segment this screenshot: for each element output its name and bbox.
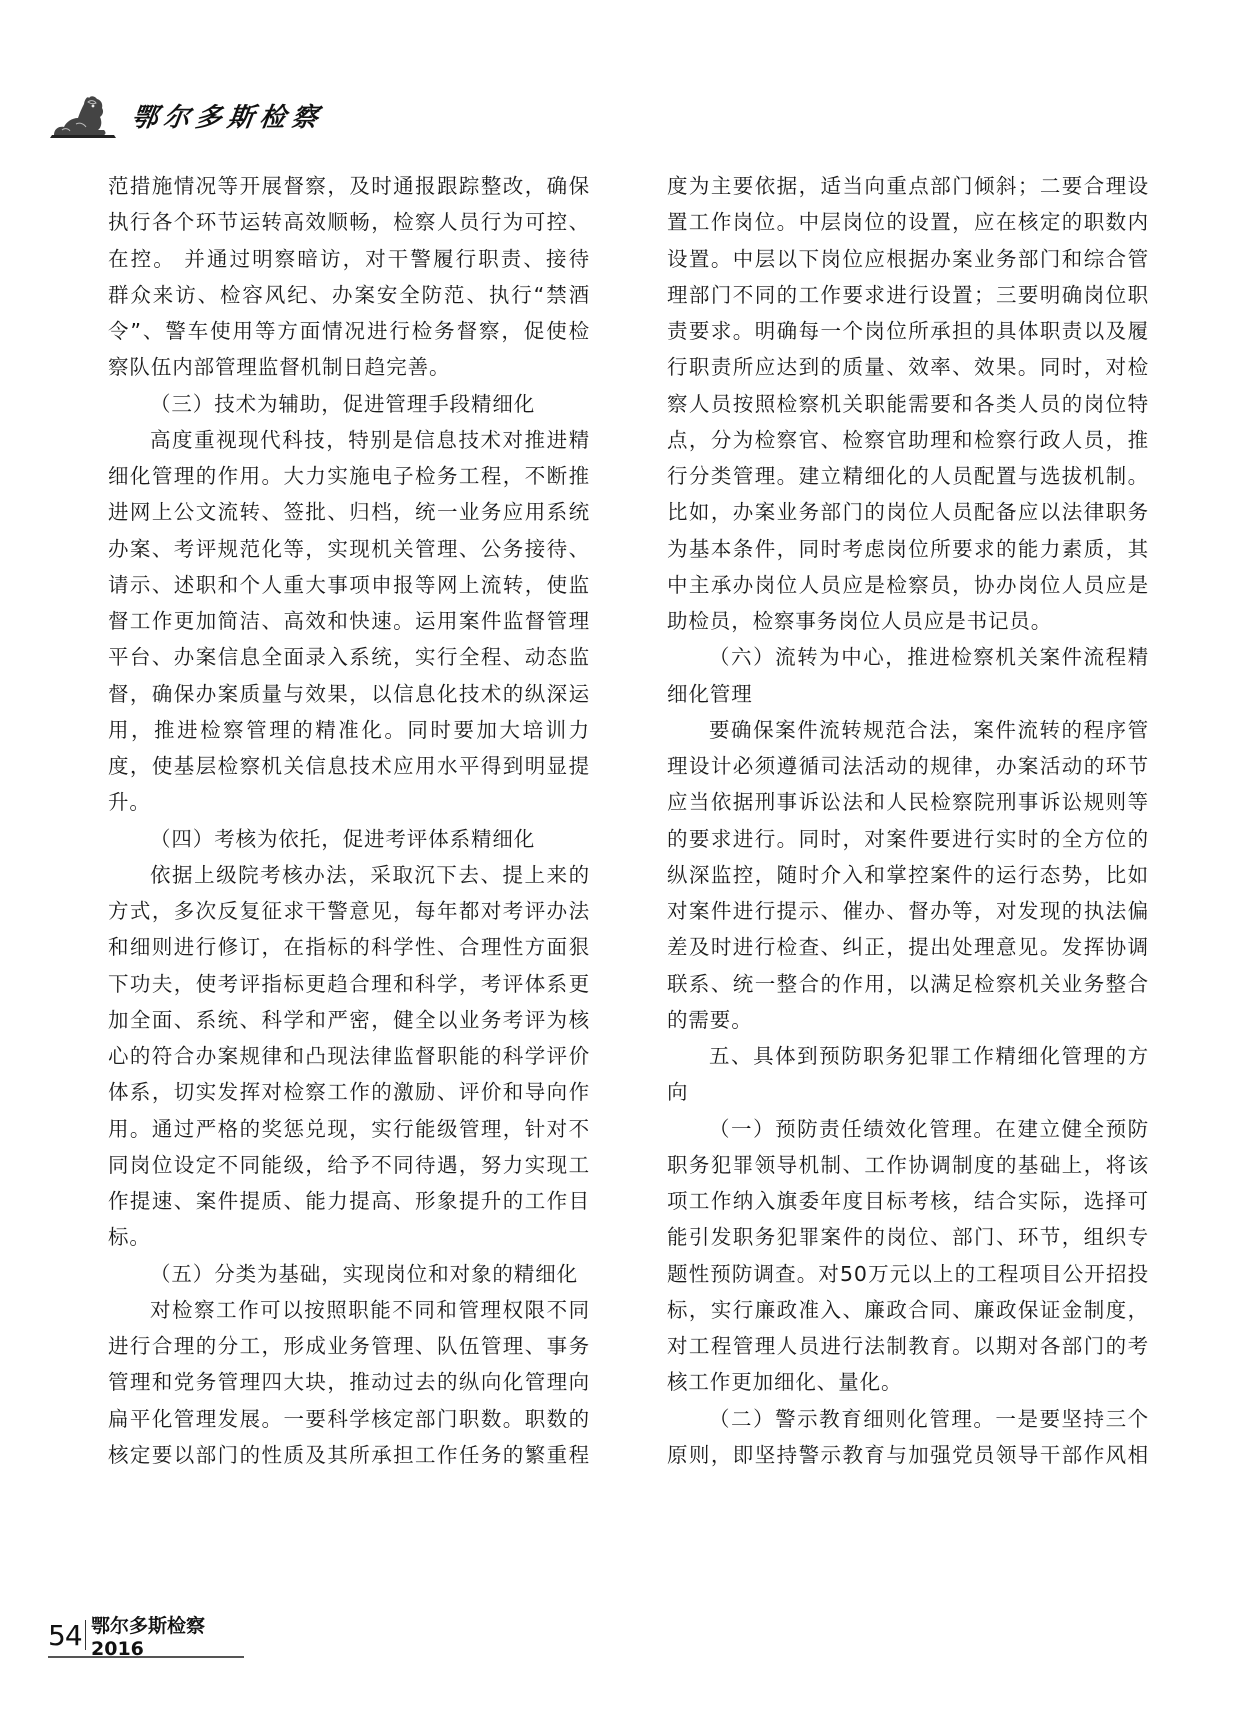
text-line: 对案件进行提示、催办、督办等，对发现的执法偏 <box>667 893 1149 929</box>
text-line: 为基本条件，同时考虑岗位所要求的能力素质，其 <box>667 531 1149 567</box>
text-line: 进网上公文流转、签批、归档，统一业务应用系统 <box>108 494 590 530</box>
text-line: 核定要以部门的性质及其所承担工作任务的繁重程 <box>108 1437 590 1473</box>
text-line: 心的符合办案规律和凸现法律监督职能的科学评价 <box>108 1038 590 1074</box>
text-line: 和细则进行修订，在指标的科学性、合理性方面狠 <box>108 929 590 965</box>
text-line: 点，分为检察官、检察官助理和检察行政人员，推 <box>667 422 1149 458</box>
text-line: （二）警示教育细则化管理。一是要坚持三个 <box>667 1401 1149 1437</box>
text-line: 联系、统一整合的作用，以满足检察机关业务整合 <box>667 966 1149 1002</box>
text-line: 原则，即坚持警示教育与加强党员领导干部作风相 <box>667 1437 1149 1473</box>
text-line: 督，确保办案质量与效果，以信息化技术的纵深运 <box>108 676 590 712</box>
section-heading-line: （六）流转为中心，推进检察机关案件流程精 <box>667 639 1149 675</box>
right-column: 度为主要依据，适当向重点部门倾斜；二要合理设置工作岗位。中层岗位的设置，应在核定… <box>667 168 1149 1473</box>
journal-name-calligraphy: 鄂尔多斯检察 <box>129 97 326 134</box>
text-line: 请示、述职和个人重大事项申报等网上流转，使监 <box>108 567 590 603</box>
text-line: 向 <box>667 1074 1149 1110</box>
text-line: 职务犯罪领导机制、工作协调制度的基础上，将该 <box>667 1147 1149 1183</box>
text-line: 理部门不同的工作要求进行设置；三要明确岗位职 <box>667 277 1149 313</box>
text-line: 项工作纳入旗委年度目标考核，结合实际，选择可 <box>667 1183 1149 1219</box>
text-line: 助检员，检察事务岗位人员应是书记员。 <box>667 603 1149 639</box>
page-footer: 54 鄂尔多斯检察2016 <box>48 1615 244 1658</box>
text-line: 群众来访、检容风纪、办案安全防范、执行“禁酒 <box>108 277 590 313</box>
text-line: 依据上级院考核办法，采取沉下去、提上来的 <box>108 857 590 893</box>
text-line: 标，实行廉政准入、廉政合同、廉政保证金制度， <box>667 1292 1149 1328</box>
text-line: 体系，切实发挥对检察工作的激励、评价和导向作 <box>108 1074 590 1110</box>
text-line: 范措施情况等开展督察，及时通报跟踪整改，确保 <box>108 168 590 204</box>
text-line: 要确保案件流转规范合法，案件流转的程序管 <box>667 712 1149 748</box>
text-line: 置工作岗位。中层岗位的设置，应在核定的职数内 <box>667 204 1149 240</box>
text-line: 中主承办岗位人员应是检察员，协办岗位人员应是 <box>667 567 1149 603</box>
text-line: 题性预防调查。对50万元以上的工程项目公开招投 <box>667 1256 1149 1292</box>
text-line: 同岗位设定不同能级，给予不同待遇，努力实现工 <box>108 1147 590 1183</box>
text-line: 扁平化管理发展。一要科学核定部门职数。职数的 <box>108 1401 590 1437</box>
text-line: 令”、警车使用等方面情况进行检务督察，促使检 <box>108 313 590 349</box>
section-heading-line: （三）技术为辅助，促进管理手段精细化 <box>108 386 590 422</box>
text-line: 用。通过严格的奖惩兑现，实行能级管理，针对不 <box>108 1111 590 1147</box>
text-line: 的要求进行。同时，对案件要进行实时的全方位的 <box>667 821 1149 857</box>
text-line: 察队伍内部管理监督机制日趋完善。 <box>108 349 590 385</box>
text-line: 核工作更加细化、量化。 <box>667 1364 1149 1400</box>
text-line: 升。 <box>108 784 590 820</box>
text-line: 责要求。明确每一个岗位所承担的具体职责以及履 <box>667 313 1149 349</box>
text-line: 细化管理 <box>667 676 1149 712</box>
text-line: 行职责所应达到的质量、效率、效果。同时，对检 <box>667 349 1149 385</box>
text-line: 标。 <box>108 1219 590 1255</box>
text-line: 行分类管理。建立精细化的人员配置与选拔机制。 <box>667 458 1149 494</box>
text-line: 高度重视现代科技，特别是信息技术对推进精 <box>108 422 590 458</box>
section-heading-line: （五）分类为基础，实现岗位和对象的精细化 <box>108 1256 590 1292</box>
text-line: （一）预防责任绩效化管理。在建立健全预防 <box>667 1111 1149 1147</box>
text-line: 的需要。 <box>667 1002 1149 1038</box>
text-line: 设置。中层以下岗位应根据办案业务部门和综合管 <box>667 241 1149 277</box>
text-line: 加全面、系统、科学和严密，健全以业务考评为核 <box>108 1002 590 1038</box>
text-line: 比如，办案业务部门的岗位人员配备应以法律职务 <box>667 494 1149 530</box>
text-line: 应当依据刑事诉讼法和人民检察院刑事诉讼规则等 <box>667 784 1149 820</box>
text-line: 进行合理的分工，形成业务管理、队伍管理、事务 <box>108 1328 590 1364</box>
text-line: 下功夫，使考评指标更趋合理和科学，考评体系更 <box>108 966 590 1002</box>
text-line: 执行各个环节运转高效顺畅，检察人员行为可控、 <box>108 204 590 240</box>
left-column: 范措施情况等开展督察，及时通报跟踪整改，确保执行各个环节运转高效顺畅，检察人员行… <box>108 168 590 1473</box>
text-line: 差及时进行检查、纠正，提出处理意见。发挥协调 <box>667 929 1149 965</box>
text-line: 对检察工作可以按照职能不同和管理权限不同 <box>108 1292 590 1328</box>
text-line: 细化管理的作用。大力实施电子检务工程，不断推 <box>108 458 590 494</box>
text-line: 管理和党务管理四大块，推动过去的纵向化管理向 <box>108 1364 590 1400</box>
text-line: 度为主要依据，适当向重点部门倾斜；二要合理设 <box>667 168 1149 204</box>
text-line: 五、具体到预防职务犯罪工作精细化管理的方 <box>667 1038 1149 1074</box>
text-line: 方式，多次反复征求干警意见，每年都对考评办法 <box>108 893 590 929</box>
page-number: 54 <box>48 1619 82 1652</box>
text-line: 平台、办案信息全面录入系统，实行全程、动态监 <box>108 639 590 675</box>
qilin-statue-icon <box>48 94 118 140</box>
section-heading-line: （四）考核为依托，促进考评体系精细化 <box>108 821 590 857</box>
footer-divider <box>85 1620 86 1650</box>
journal-header: 鄂尔多斯检察 <box>48 90 324 140</box>
text-line: 能引发职务犯罪案件的岗位、部门、环节，组织专 <box>667 1219 1149 1255</box>
text-line: 对工程管理人员进行法制教育。以期对各部门的考 <box>667 1328 1149 1364</box>
text-line: 在控。 并通过明察暗访，对干警履行职责、接待 <box>108 241 590 277</box>
text-line: 察人员按照检察机关职能需要和各类人员的岗位特 <box>667 386 1149 422</box>
text-line: 用，推进检察管理的精准化。同时要加大培训力 <box>108 712 590 748</box>
footer-journal-title: 鄂尔多斯检察2016 <box>91 1611 244 1660</box>
text-line: 督工作更加简洁、高效和快速。运用案件监督管理 <box>108 603 590 639</box>
text-line: 纵深监控，随时介入和掌控案件的运行态势，比如 <box>667 857 1149 893</box>
text-line: 作提速、案件提质、能力提高、形象提升的工作目 <box>108 1183 590 1219</box>
text-line: 理设计必须遵循司法活动的规律，办案活动的环节 <box>667 748 1149 784</box>
text-line: 办案、考评规范化等，实现机关管理、公务接待、 <box>108 531 590 567</box>
text-line: 度，使基层检察机关信息技术应用水平得到明显提 <box>108 748 590 784</box>
